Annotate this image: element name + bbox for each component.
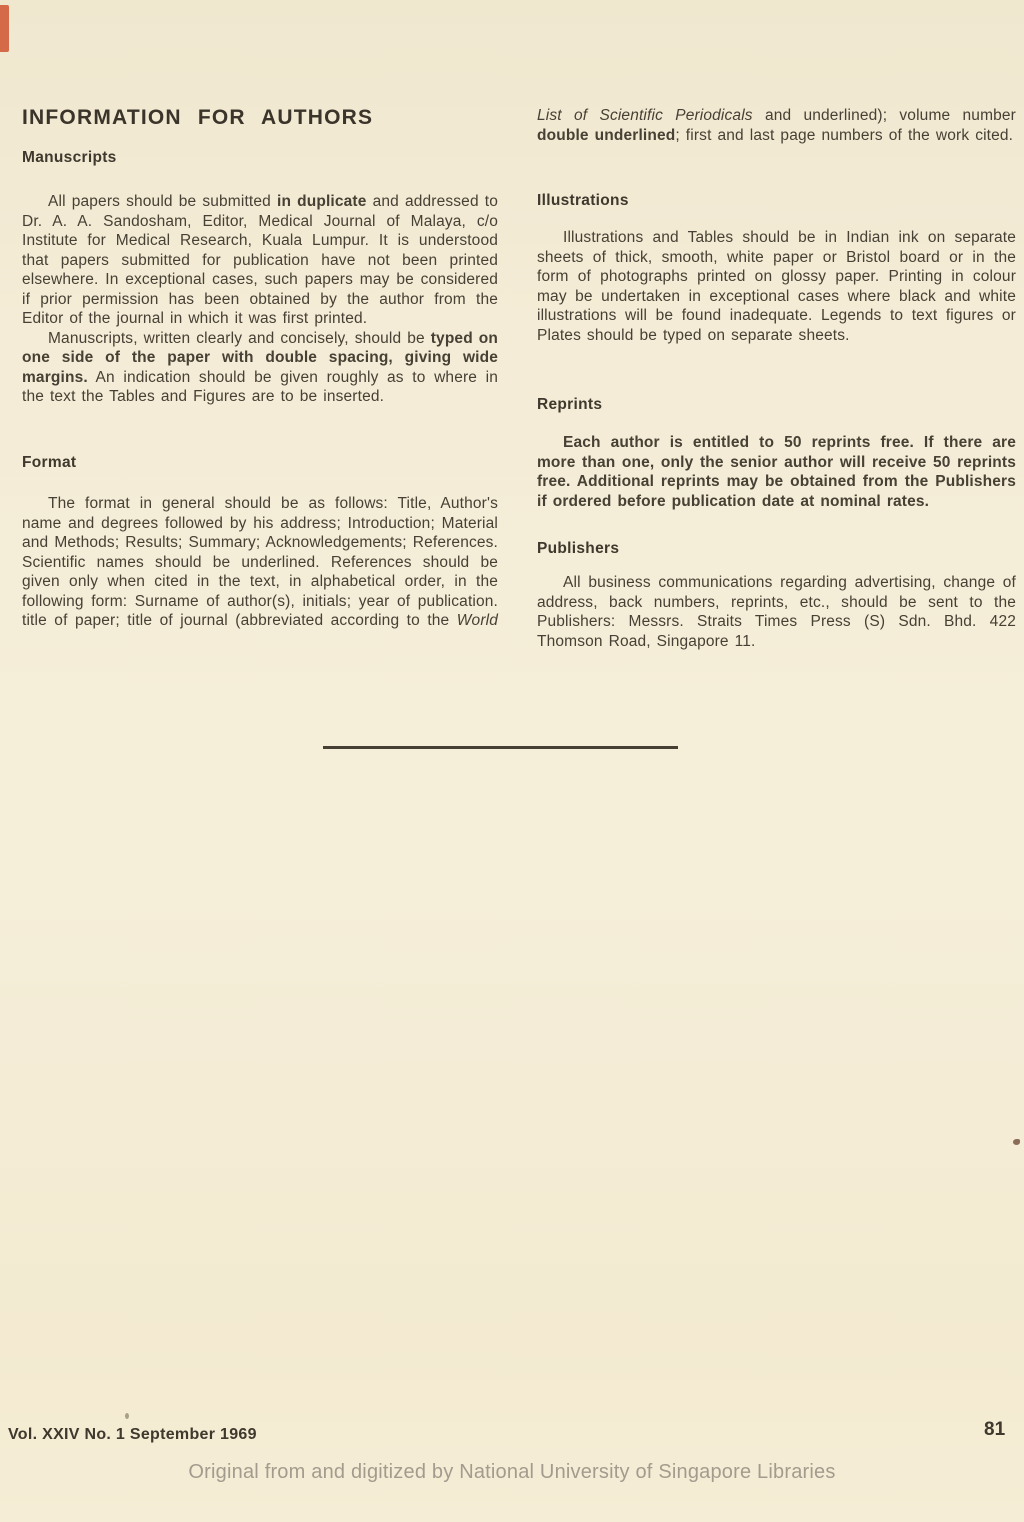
paragraph-typing: Manuscripts, written clearly and concise…	[22, 329, 498, 407]
publishers-section-body: All business communications regarding ad…	[537, 573, 1016, 651]
footer-volume-line: Vol. XXIV No. 1 September 1969	[8, 1426, 257, 1444]
section-heading-reprints: Reprints	[537, 396, 602, 414]
text-run: All papers should be submitted	[48, 193, 277, 210]
text-run-italic: World	[457, 612, 498, 629]
text-run: and addressed to Dr. A. A. Sandosham, Ed…	[22, 193, 498, 327]
text-run: ; first and last page numbers of the wor…	[675, 127, 1013, 144]
red-corner-mark	[0, 5, 9, 52]
references-continuation-body: List of Scientific Periodicals and under…	[537, 106, 1016, 145]
paragraph-references-continued: List of Scientific Periodicals and under…	[537, 106, 1016, 145]
text-run: and underlined); volume number	[753, 107, 1016, 124]
illustrations-section-body: Illustrations and Tables should be in In…	[537, 228, 1016, 345]
manuscripts-section-body: All papers should be submitted in duplic…	[22, 192, 498, 407]
section-heading-illustrations: Illustrations	[537, 192, 629, 210]
paragraph-reprints: Each author is entitled to 50 reprints f…	[537, 433, 1016, 511]
page-title: INFORMATION FOR AUTHORS	[22, 106, 373, 130]
section-heading-manuscripts: Manuscripts	[22, 149, 117, 167]
text-run-bold: in duplicate	[277, 193, 367, 210]
paragraph-publishers: All business communications regarding ad…	[537, 573, 1016, 651]
text-run-italic: List of Scientific Periodicals	[537, 107, 753, 124]
format-section-body: The format in general should be as follo…	[22, 494, 498, 631]
scan-speck	[125, 1413, 129, 1419]
footer-page-number: 81	[984, 1419, 1005, 1441]
paragraph-submission: All papers should be submitted in duplic…	[22, 192, 498, 329]
digitization-watermark: Original from and digitized by National …	[0, 1461, 1024, 1484]
horizontal-divider-rule	[323, 746, 678, 749]
text-run: Manuscripts, written clearly and concise…	[48, 330, 431, 347]
reprints-section-body: Each author is entitled to 50 reprints f…	[537, 433, 1016, 511]
paragraph-illustrations: Illustrations and Tables should be in In…	[537, 228, 1016, 345]
section-heading-format: Format	[22, 454, 76, 472]
text-run-bold: double underlined	[537, 127, 675, 144]
text-run: The format in general should be as follo…	[22, 495, 498, 629]
text-run: An indication should be given roughly as…	[22, 369, 498, 406]
scan-speck	[1013, 1139, 1020, 1145]
journal-page: INFORMATION FOR AUTHORS Manuscripts All …	[0, 0, 1024, 1522]
paragraph-format: The format in general should be as follo…	[22, 494, 498, 631]
section-heading-publishers: Publishers	[537, 540, 619, 558]
